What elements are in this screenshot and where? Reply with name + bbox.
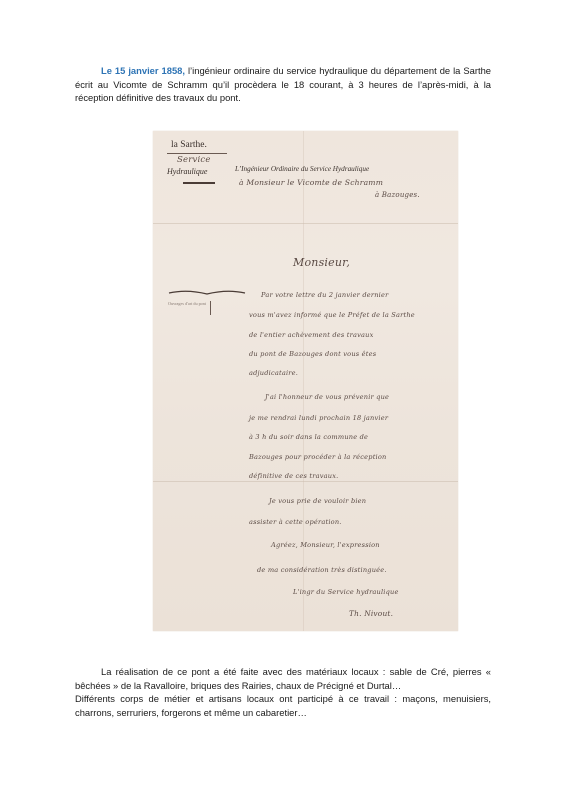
letter-line: Par votre lettre du 2 janvier dernier <box>261 291 388 299</box>
letter-line: Bazouges pour procéder à la réception <box>249 453 386 461</box>
letter-photo: la Sarthe. Service Hydraulique L’Ingénie… <box>153 131 458 631</box>
letter-line: définitive de ces travaux. <box>249 472 338 480</box>
letterhead-rule <box>167 153 227 154</box>
letter-line: Agréez, Monsieur, l'expression <box>271 541 380 549</box>
letter-line: je me rendrai lundi prochain 18 janvier <box>249 414 388 422</box>
letter-line: assister à cette opération. <box>249 518 342 526</box>
letter-sender: L’Ingénieur Ordinaire du Service Hydraul… <box>235 165 369 173</box>
letter-place: à Bazouges. <box>375 191 420 199</box>
intro-date: Le 15 janvier 1858, <box>101 65 185 76</box>
letter-line: vous m'avez informé que le Préfet de la … <box>249 311 415 319</box>
letter-line: Je vous prie de vouloir bien <box>269 497 366 505</box>
outro-line-2: Différents corps de métier et artisans l… <box>75 693 491 718</box>
letterhead-hydraulique: Hydraulique <box>167 167 207 176</box>
margin-bracket <box>210 301 211 315</box>
intro-paragraph: Le 15 janvier 1858, l’ingénieur ordinair… <box>75 64 491 105</box>
letter-line: à 3 h du soir dans la commune de <box>249 433 368 441</box>
letter-recipient: à Monsieur le Vicomte de Schramm <box>239 178 383 187</box>
fold-line <box>303 131 304 631</box>
letterhead-department: la Sarthe. <box>171 140 207 150</box>
fold-line <box>153 223 458 224</box>
letter-line: de ma considération très distinguée. <box>257 566 387 574</box>
letter-line: adjudicataire. <box>249 369 298 377</box>
letter-signature: Th. Nivout. <box>349 609 393 618</box>
letter-line: L'ingr du Service hydraulique <box>293 588 399 596</box>
letterhead-rule <box>183 182 215 184</box>
outro-paragraph: La réalisation de ce pont a été faite av… <box>75 665 491 719</box>
margin-note: Ouvrages d'art du pont <box>165 301 209 306</box>
letterhead-service: Service <box>177 155 211 165</box>
fold-line <box>153 481 458 482</box>
letter-line: J'ai l'honneur de vous prévenir que <box>265 393 389 401</box>
flourish-ornament <box>167 289 247 297</box>
letter-salutation: Monsieur, <box>293 256 350 269</box>
outro-line-1: La réalisation de ce pont a été faite av… <box>75 666 491 691</box>
letter-line: de l'entier achèvement des travaux <box>249 331 374 339</box>
letter-line: du pont de Bazouges dont vous êtes <box>249 350 376 358</box>
